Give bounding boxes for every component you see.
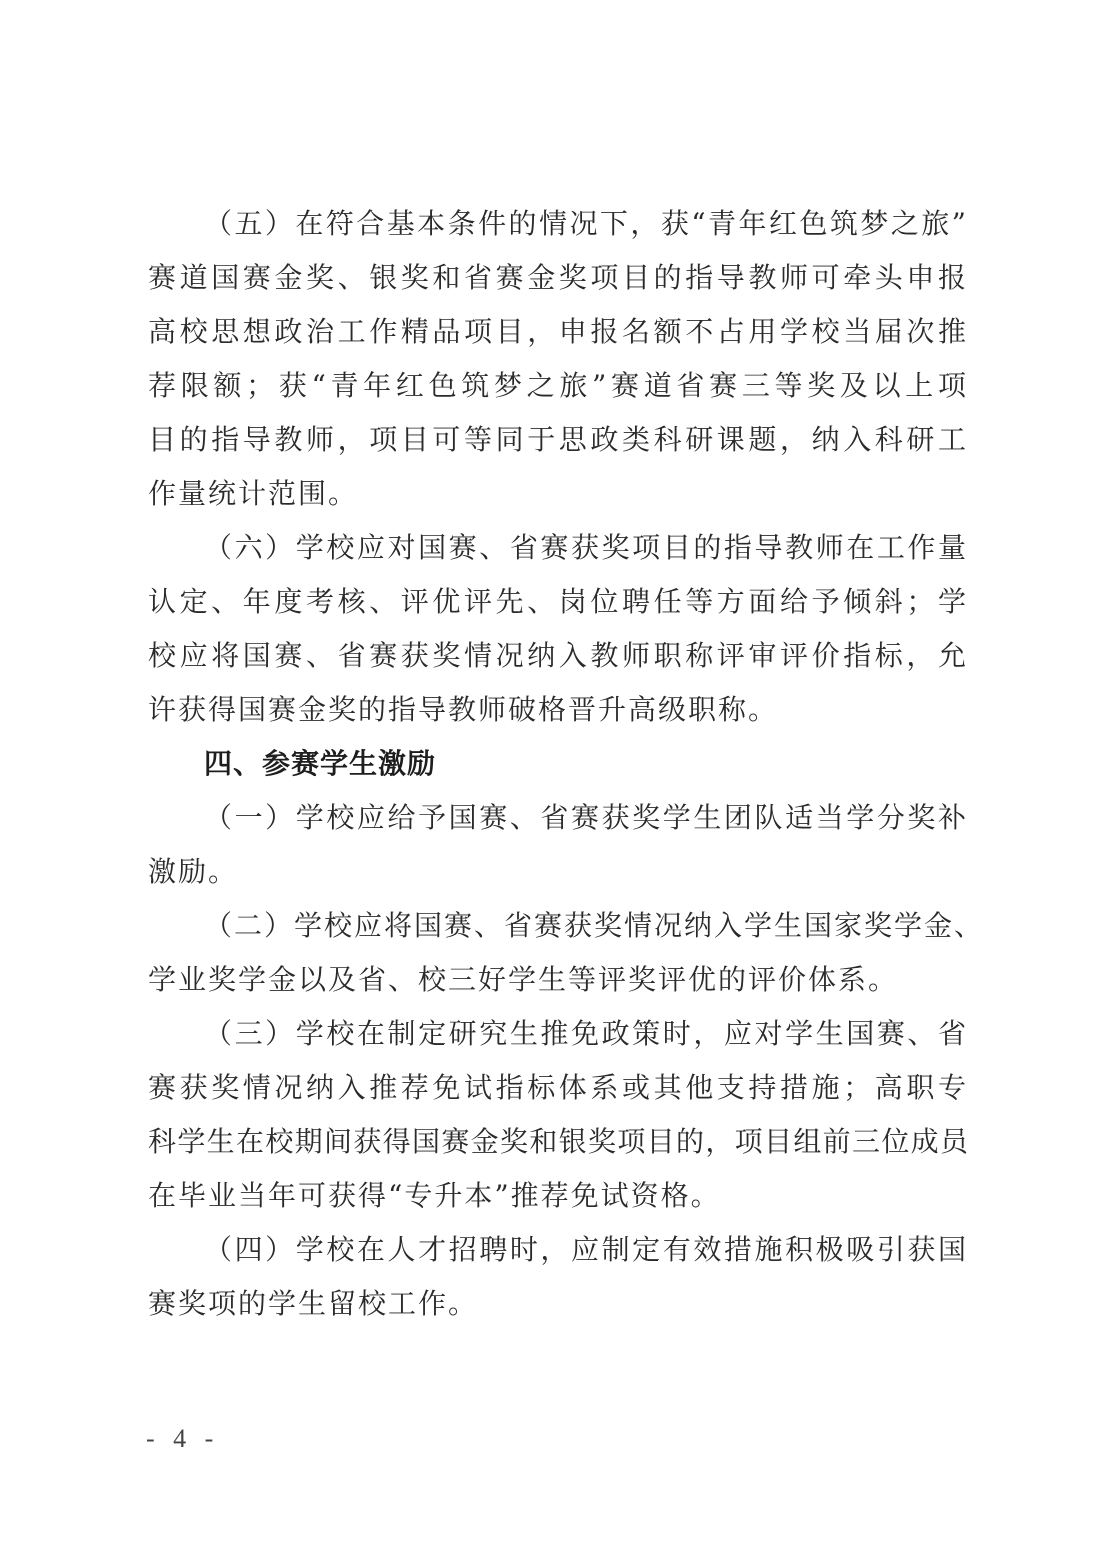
- student-paragraph-4-line-1: （四）学校在人才招聘时，应制定有效措施积极吸引获国: [204, 1232, 968, 1268]
- paragraph-6-line-3: 校应将国赛、省赛获奖情况纳入教师职称评审评价指标，允: [148, 638, 968, 674]
- paragraph-5-line-1: （五）在符合基本条件的情况下，获“青年红色筑梦之旅”: [204, 206, 968, 242]
- paragraph-5-line-4: 荐限额；获“青年红色筑梦之旅”赛道省赛三等奖及以上项: [148, 368, 968, 404]
- student-paragraph-3-line-1: （三）学校在制定研究生推免政策时，应对学生国赛、省: [204, 1016, 968, 1052]
- paragraph-6-line-2: 认定、年度考核、评优评先、岗位聘任等方面给予倾斜；学: [148, 584, 968, 620]
- paragraph-6-line-1: （六）学校应对国赛、省赛获奖项目的指导教师在工作量: [204, 530, 968, 566]
- paragraph-5-line-2: 赛道国赛金奖、银奖和省赛金奖项目的指导教师可牵头申报: [148, 260, 968, 296]
- student-paragraph-3-line-4: 在毕业当年可获得“专升本”推荐免试资格。: [148, 1178, 968, 1214]
- student-paragraph-1-line-1: （一）学校应给予国赛、省赛获奖学生团队适当学分奖补: [204, 800, 968, 836]
- paragraph-5-line-6: 作量统计范围。: [148, 476, 968, 512]
- page-number: - 4 -: [146, 1424, 219, 1454]
- paragraph-5-line-3: 高校思想政治工作精品项目，申报名额不占用学校当届次推: [148, 314, 968, 350]
- student-paragraph-2-line-1: （二）学校应将国赛、省赛获奖情况纳入学生国家奖学金、: [204, 908, 968, 944]
- paragraph-6-line-4: 许获得国赛金奖的指导教师破格晋升高级职称。: [148, 692, 968, 728]
- paragraph-5-line-5: 目的指导教师，项目可等同于思政类科研课题，纳入科研工: [148, 422, 968, 458]
- student-paragraph-3-line-3: 科学生在校期间获得国赛金奖和银奖项目的，项目组前三位成员: [148, 1124, 968, 1160]
- document-page: （五）在符合基本条件的情况下，获“青年红色筑梦之旅” 赛道国赛金奖、银奖和省赛金…: [0, 0, 1107, 1564]
- student-paragraph-3-line-2: 赛获奖情况纳入推荐免试指标体系或其他支持措施；高职专: [148, 1070, 968, 1106]
- student-paragraph-2-line-2: 学业奖学金以及省、校三好学生等评奖评优的评价体系。: [148, 962, 968, 998]
- section-heading: 四、参赛学生激励: [204, 746, 436, 782]
- student-paragraph-4-line-2: 赛奖项的学生留校工作。: [148, 1286, 968, 1322]
- student-paragraph-1-line-2: 激励。: [148, 854, 968, 890]
